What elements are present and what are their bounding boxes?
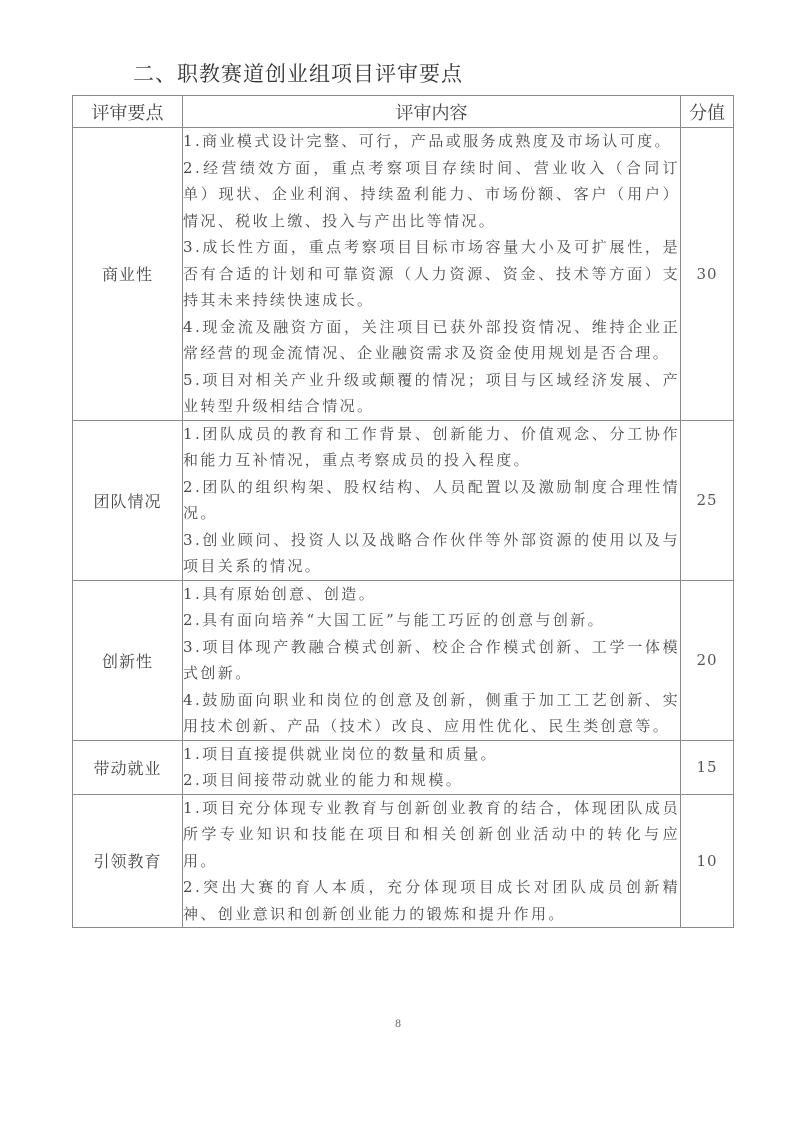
criteria-item: 1.项目直接提供就业岗位的数量和质量。 xyxy=(183,741,680,768)
criteria-item: 4.现金流及融资方面，关注项目已获外部投资情况、维持企业正常经营的现金流情况、企… xyxy=(183,314,680,367)
table-row-team: 团队情况 1.团队成员的教育和工作背景、创新能力、价值观念、分工协作和能力互补情… xyxy=(73,420,734,580)
aspect-cell: 带动就业 xyxy=(73,740,183,794)
header-score: 分值 xyxy=(681,96,734,128)
content-cell: 1.项目充分体现专业教育与创新创业教育的结合，体现团队成员所学专业知识和技能在项… xyxy=(183,794,681,928)
page-number: 8 xyxy=(0,1019,796,1030)
criteria-item: 5.项目对相关产业升级或颠覆的情况；项目与区域经济发展、产业转型升级相结合情况。 xyxy=(183,367,680,420)
criteria-item: 2.团队的组织构架、股权结构、人员配置以及激励制度合理性情况。 xyxy=(183,474,680,527)
aspect-cell: 商业性 xyxy=(73,128,183,421)
table-row-education: 引领教育 1.项目充分体现专业教育与创新创业教育的结合，体现团队成员所学专业知识… xyxy=(73,794,734,928)
content-cell: 1.具有原始创意、创造。 2.具有面向培养“大国工匠”与能工巧匠的创意与创新。 … xyxy=(183,580,681,740)
criteria-item: 1.团队成员的教育和工作背景、创新能力、价值观念、分工协作和能力互补情况，重点考… xyxy=(183,421,680,474)
table-header-row: 评审要点 评审内容 分值 xyxy=(73,96,734,128)
criteria-item: 2.经营绩效方面，重点考察项目存续时间、营业收入（合同订单）现状、企业利润、持续… xyxy=(183,155,680,235)
criteria-item: 3.创业顾问、投资人以及战略合作伙伴等外部资源的使用以及与项目关系的情况。 xyxy=(183,527,680,580)
section-title: 二、职教赛道创业组项目评审要点 xyxy=(133,58,463,88)
content-cell: 1.项目直接提供就业岗位的数量和质量。 2.项目间接带动就业的能力和规模。 xyxy=(183,740,681,794)
criteria-item: 1.商业模式设计完整、可行，产品或服务成熟度及市场认可度。 xyxy=(183,128,680,155)
aspect-cell: 创新性 xyxy=(73,580,183,740)
criteria-item: 1.具有原始创意、创造。 xyxy=(183,581,680,608)
criteria-item: 3.成长性方面，重点考察项目目标市场容量大小及可扩展性，是否有合适的计划和可靠资… xyxy=(183,234,680,314)
content-cell: 1.团队成员的教育和工作背景、创新能力、价值观念、分工协作和能力互补情况，重点考… xyxy=(183,420,681,580)
aspect-cell: 引领教育 xyxy=(73,794,183,928)
evaluation-criteria-table: 评审要点 评审内容 分值 商业性 1.商业模式设计完整、可行，产品或服务成熟度及… xyxy=(72,95,734,928)
criteria-item: 3.项目体现产教融合模式创新、校企合作模式创新、工学一体模式创新。 xyxy=(183,634,680,687)
table-row-employment: 带动就业 1.项目直接提供就业岗位的数量和质量。 2.项目间接带动就业的能力和规… xyxy=(73,740,734,794)
criteria-item: 2.具有面向培养“大国工匠”与能工巧匠的创意与创新。 xyxy=(183,607,680,634)
criteria-item: 2.项目间接带动就业的能力和规模。 xyxy=(183,767,680,794)
criteria-item: 2.突出大赛的育人本质，充分体现项目成长对团队成员创新精神、创业意识和创新创业能… xyxy=(183,874,680,927)
score-cell: 20 xyxy=(681,580,734,740)
criteria-item: 4.鼓励面向职业和岗位的创意及创新，侧重于加工工艺创新、实用技术创新、产品（技术… xyxy=(183,687,680,740)
score-cell: 25 xyxy=(681,420,734,580)
content-cell: 1.商业模式设计完整、可行，产品或服务成熟度及市场认可度。 2.经营绩效方面，重… xyxy=(183,128,681,421)
score-cell: 15 xyxy=(681,740,734,794)
table-row-commercial: 商业性 1.商业模式设计完整、可行，产品或服务成熟度及市场认可度。 2.经营绩效… xyxy=(73,128,734,421)
header-aspect: 评审要点 xyxy=(73,96,183,128)
header-content: 评审内容 xyxy=(183,96,681,128)
criteria-item: 1.项目充分体现专业教育与创新创业教育的结合，体现团队成员所学专业知识和技能在项… xyxy=(183,795,680,875)
score-cell: 10 xyxy=(681,794,734,928)
score-cell: 30 xyxy=(681,128,734,421)
aspect-cell: 团队情况 xyxy=(73,420,183,580)
table-row-innovation: 创新性 1.具有原始创意、创造。 2.具有面向培养“大国工匠”与能工巧匠的创意与… xyxy=(73,580,734,740)
